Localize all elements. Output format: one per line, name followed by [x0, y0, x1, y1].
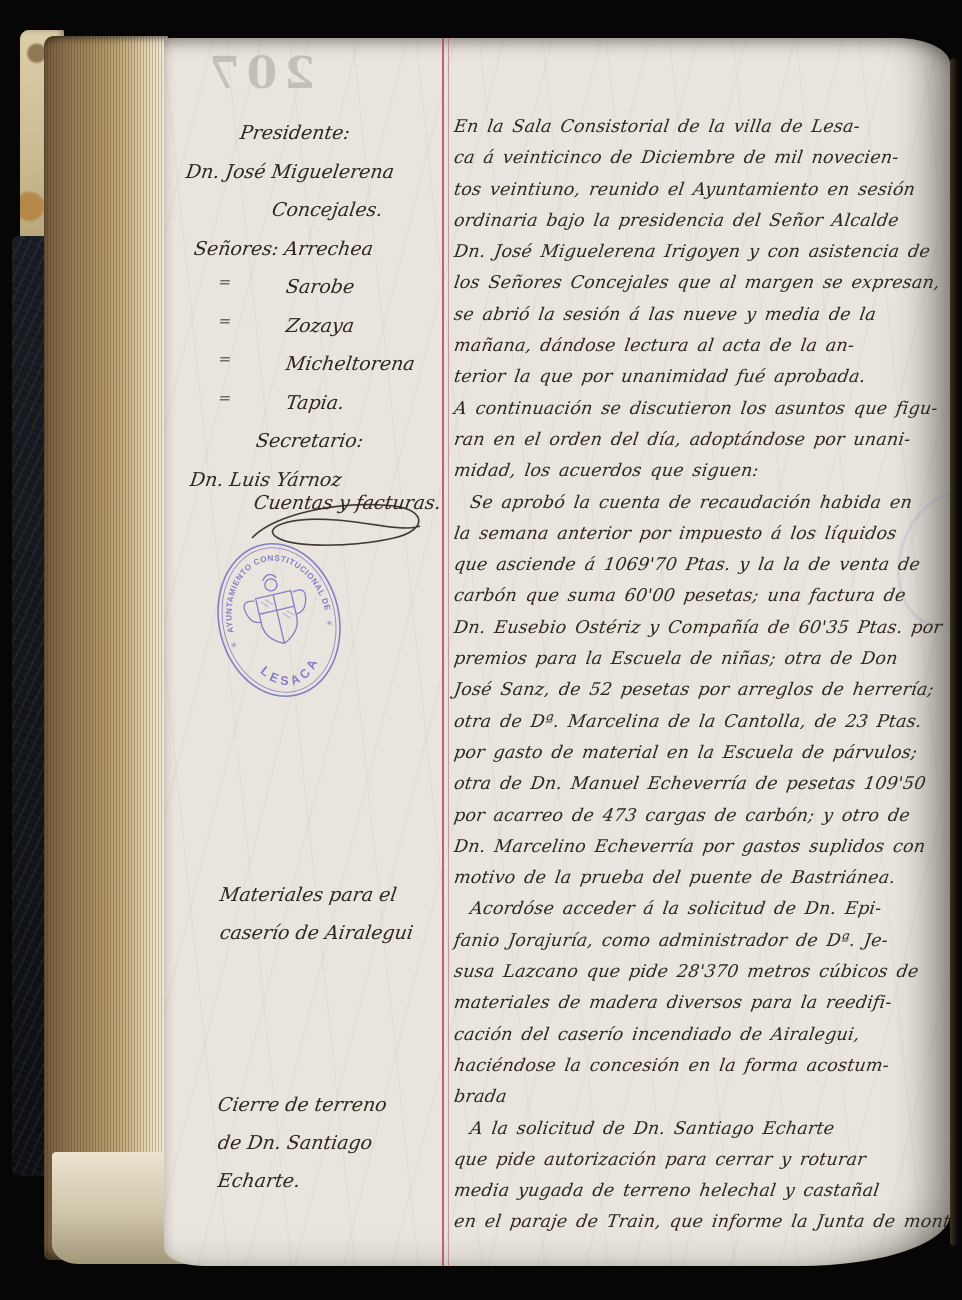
manuscript-page: 207 Presidente: Dn. José Miguelerena Con… [164, 38, 950, 1266]
margin-line: Concejales. [179, 191, 442, 230]
book-page-edges [44, 36, 168, 1260]
text-line: por acarreo de 473 cargas de carbón; y o… [452, 801, 944, 832]
text-line: brada [452, 1082, 944, 1113]
text-line: que pide autorización para cerrar y rotu… [452, 1145, 944, 1176]
stamp-ring-text-top: AYUNTAMIENTO CONSTITUCIONAL DE [211, 542, 332, 634]
text-line: mañana, dándose lectura al acta de la an… [452, 331, 944, 362]
text-line: haciéndose la concesión en la forma acos… [452, 1051, 944, 1082]
body-text: En la Sala Consistorial de la villa de L… [454, 112, 942, 1239]
text-line: Dn. José Miguelerena Irigoyen y con asis… [452, 237, 944, 268]
margin-line-text: Presidente: [238, 122, 351, 144]
text-line: A continuación se discutieron los asunto… [452, 394, 944, 425]
text-line: en el paraje de Train, que informe la Ju… [452, 1207, 944, 1238]
text-line: se abrió la sesión á las nueve y media d… [452, 300, 944, 331]
ditto-mark: = [216, 302, 234, 341]
margin-note-line: Materiales para el [217, 876, 415, 914]
text-line: materiales de madera diversos para la re… [452, 988, 944, 1019]
stamp-coat-of-arms [238, 568, 315, 651]
text-line: los Señores Concejales que al margen se … [452, 268, 944, 299]
margin-rule-line [442, 38, 449, 1266]
margin-note-line: Cuentas y facturas. [251, 484, 443, 522]
margin-line-text: Concejales. [270, 199, 384, 221]
margin-line: = Tapia. [179, 384, 442, 423]
text-line: Dn. Eusebio Ostériz y Compañía de 60'35 … [452, 613, 944, 644]
body-paragraph-2: Se aprobó la cuenta de recaudación habid… [454, 488, 942, 895]
margin-note-line: Echarte. [215, 1162, 389, 1200]
ghost-page-number: 207 [202, 48, 315, 99]
text-line: En la Sala Consistorial de la villa de L… [452, 112, 944, 143]
ditto-mark: = [216, 379, 234, 418]
text-line: tos veintiuno, reunido el Ayuntamiento e… [452, 175, 944, 206]
text-line: ca á veinticinco de Diciembre de mil nov… [452, 143, 944, 174]
margin-line: Dn. José Miguelerena [179, 153, 442, 192]
margin-line-text: Tapia. [284, 392, 345, 414]
body-paragraph-3: Acordóse acceder á la solicitud de Dn. E… [454, 894, 942, 1113]
text-line: José Sanz, de 52 pesetas por arreglos de… [452, 675, 944, 706]
margin-note-materiales: Materiales para elcaserío de Airalegui [220, 876, 413, 952]
margin-note-line: de Dn. Santiago [215, 1124, 389, 1162]
right-page-edge [950, 58, 958, 1246]
margin-note-cierre: Cierre de terrenode Dn. SantiagoEcharte. [218, 1086, 387, 1200]
stamp-star-left: ✳ [230, 640, 239, 650]
text-line: Acordóse acceder á la solicitud de Dn. E… [452, 894, 944, 925]
text-line: cación del caserío incendiado de Airaleg… [452, 1020, 944, 1051]
margin-note-line: caserío de Airalegui [217, 914, 415, 952]
margin-note-line: Cierre de terreno [215, 1086, 389, 1124]
body-paragraph-1: En la Sala Consistorial de la villa de L… [454, 112, 942, 488]
text-line: susa Lazcano que pide 28'370 metros cúbi… [452, 957, 944, 988]
text-line: media yugada de terreno helechal y casta… [452, 1176, 944, 1207]
margin-line-text: Micheltorena [284, 353, 416, 375]
text-line: que asciende á 1069'70 Ptas. y la la de … [452, 550, 944, 581]
margin-line: = Sarobe [179, 268, 442, 307]
text-line: Dn. Marcelino Echeverría por gastos supl… [452, 832, 944, 863]
text-line: Se aprobó la cuenta de recaudación habid… [452, 488, 944, 519]
book-scan: { "colors": { "paper": "#e9e5de", "ink":… [0, 0, 962, 1300]
ditto-mark: = [216, 263, 234, 302]
margin-line-text: Dn. José Miguelerena [184, 161, 395, 183]
margin-line-text: Zozaya [284, 315, 355, 337]
margin-line: Señores: Arrechea [179, 230, 442, 269]
text-line: ran en el orden del día, adoptándose por… [452, 425, 944, 456]
text-line: fanio Jorajuría, como administrador de D… [452, 926, 944, 957]
stamp-star-right: ✳ [325, 618, 334, 628]
ditto-mark: = [216, 340, 234, 379]
text-line: premios para la Escuela de niñas; otra d… [452, 644, 944, 675]
margin-line-text: Señores: Arrechea [192, 238, 374, 260]
text-line: A la solicitud de Dn. Santiago Echarte [452, 1114, 944, 1145]
margin-line: Presidente: [179, 114, 442, 153]
text-line: por gasto de material en la Escuela de p… [452, 738, 944, 769]
text-line: otra de Dn. Manuel Echeverría de pesetas… [452, 769, 944, 800]
text-line: carbón que suma 60'00 pesetas; una factu… [452, 581, 944, 612]
text-line: la semana anterior por impuesto á los lí… [452, 519, 944, 550]
text-line: motivo de la prueba del puente de Bastri… [452, 863, 944, 894]
text-line: terior la que por unanimidad fué aprobad… [452, 362, 944, 393]
text-line: midad, los acuerdos que siguen: [452, 456, 944, 487]
margin-note-cuentas: Cuentas y facturas. [254, 484, 441, 522]
body-paragraph-4: A la solicitud de Dn. Santiago Echartequ… [454, 1114, 942, 1239]
margin-line: = Micheltorena [179, 345, 442, 384]
margin-line-text: Secretario: [254, 430, 364, 452]
margin-attendance-list: Presidente: Dn. José Miguelerena Conceja… [182, 114, 440, 499]
margin-line: Secretario: [179, 422, 442, 461]
margin-line-text: Sarobe [284, 276, 355, 298]
text-line: ordinaria bajo la presidencia del Señor … [452, 206, 944, 237]
margin-line: = Zozaya [179, 307, 442, 346]
text-line: otra de Dª. Marcelina de la Cantolla, de… [452, 707, 944, 738]
